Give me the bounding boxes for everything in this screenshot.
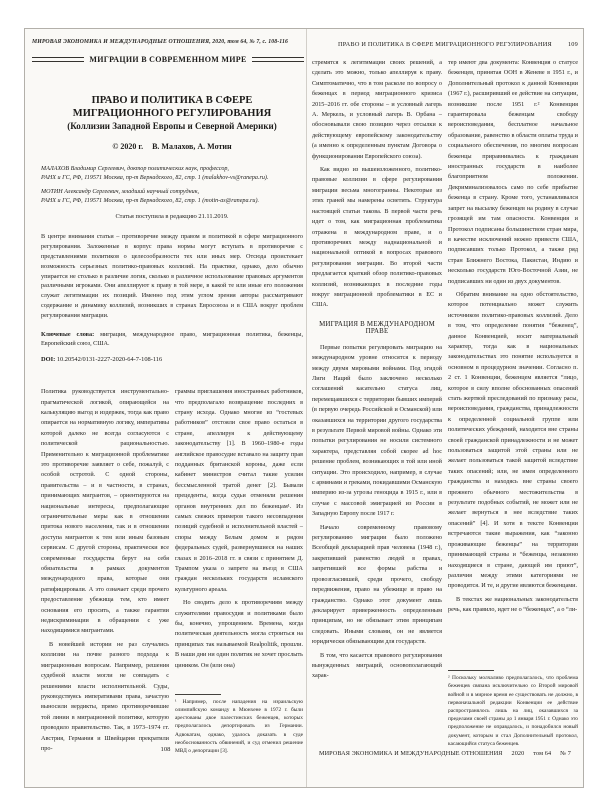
- running-head-row: ПРАВО И ПОЛИТИКА В СФЕРЕ МИГРАЦИОННОГО Р…: [312, 41, 578, 48]
- received-date: Статья поступила в редакцию 21.11.2019.: [41, 213, 303, 220]
- article-title-line1: ПРАВО И ПОЛИТИКА В СФЕРЕ: [41, 94, 303, 107]
- keywords-label: Ключевые слова:: [41, 331, 94, 338]
- section-banner-label: МИГРАЦИИ В СОВРЕМЕННОМ МИРЕ: [89, 55, 246, 64]
- section-heading: МИГРАЦИЯ В МЕЖДУНАРОДНОМ ПРАВЕ: [312, 321, 442, 335]
- affiliation-line: РАНХ и ГС, РФ, 119571 Москва, пр-т Верна…: [41, 174, 303, 183]
- affiliation-line: МАЛАХОВ Владимир Сергеевич, доктор полит…: [41, 165, 303, 174]
- paragraph: В том, что касается правового регулирова…: [312, 651, 442, 682]
- doi-value: 10.20542/0131-2227-2020-64-7-108-116: [57, 356, 162, 363]
- article-title-line2: МИГРАЦИОННОГО РЕГУЛИРОВАНИЯ: [41, 107, 303, 120]
- paragraph: стремятся к легитимации своих решений, а…: [312, 58, 442, 162]
- left-column: стремятся к легитимации своих решений, а…: [312, 58, 442, 748]
- paragraph: Обратим внимание на одно обстоятельство,…: [448, 290, 578, 592]
- body-columns: Политика руководствуется инструментально…: [41, 387, 303, 755]
- paragraph: Как видно из вышеизложенного, политико-п…: [312, 165, 442, 311]
- footnote-2: ² Поскольку молчаливо предполагалось, чт…: [448, 674, 578, 748]
- paragraph: Политика руководствуется инструментально…: [41, 387, 169, 637]
- right-column: граммы приглашения иностранных работнико…: [175, 387, 303, 755]
- affiliation-malakhov: МАЛАХОВ Владимир Сергеевич, доктор полит…: [41, 165, 303, 182]
- paragraph: Но сводить дело к противоречиям между сл…: [175, 598, 303, 671]
- page-number-109: 109: [554, 41, 578, 48]
- right-column: тер имеют два документа: Конвенция о ста…: [448, 58, 578, 748]
- page-108: МИРОВАЯ ЭКОНОМИКА И МЕЖДУНАРОДНЫЕ ОТНОШЕ…: [25, 29, 306, 787]
- paragraph: граммы приглашения иностранных работнико…: [175, 387, 303, 595]
- paragraph: В текстах же национальных законодательст…: [448, 595, 578, 616]
- double-rule-right: [252, 57, 304, 62]
- journal-citation-header: МИРОВАЯ ЭКОНОМИКА И МЕЖДУНАРОДНЫЕ ОТНОШЕ…: [32, 39, 303, 45]
- paragraph: тер имеют два документа: Конвенция о ста…: [448, 58, 578, 287]
- affiliations: МАЛАХОВ Владимир Сергеевич, доктор полит…: [41, 165, 303, 205]
- body-columns: стремятся к легитимации своих решений, а…: [312, 58, 578, 748]
- copyright-year: © 2020 г.: [112, 142, 143, 151]
- footer-year: 2020: [512, 750, 525, 757]
- left-column: Политика руководствуется инструментально…: [41, 387, 169, 755]
- running-head: ПРАВО И ПОЛИТИКА В СФЕРЕ МИГРАЦИОННОГО Р…: [312, 41, 554, 48]
- footnote-block: ² Поскольку молчаливо предполагалось, чт…: [448, 666, 578, 748]
- doi: DOI: 10.20542/0131-2227-2020-64-7-108-11…: [41, 356, 303, 363]
- affiliation-motin: МОТИН Александр Сергеевич, младший научн…: [41, 188, 303, 205]
- paragraph: Первые попытки регулировать миграцию на …: [312, 343, 442, 520]
- keywords: Ключевые слова: миграция, международное …: [41, 330, 303, 349]
- byline: © 2020 г. В. Малахов, А. Мотин: [41, 142, 303, 151]
- paragraph: В новейшей истории не раз случались колл…: [41, 640, 169, 754]
- section-banner: МИГРАЦИИ В СОВРЕМЕННОМ МИРЕ: [32, 55, 304, 64]
- double-rule-left: [32, 57, 84, 62]
- page-number-108: 108: [25, 746, 306, 753]
- journal-footer: МИРОВАЯ ЭКОНОМИКА И МЕЖДУНАРОДНЫЕ ОТНОШЕ…: [312, 750, 578, 757]
- affiliation-line: РАНХ и ГС, РФ, 119571 Москва, пр-т Верна…: [41, 197, 303, 206]
- footer-journal-name: МИРОВАЯ ЭКОНОМИКА И МЕЖДУНАРОДНЫЕ ОТНОШЕ…: [319, 750, 503, 757]
- authors: В. Малахов, А. Мотин: [152, 142, 232, 151]
- article-subtitle: (Коллизии Западной Европы и Северной Аме…: [41, 120, 303, 132]
- footer-volume: том 64: [533, 750, 551, 757]
- footnote-rule: [175, 694, 221, 695]
- page-109: ПРАВО И ПОЛИТИКА В СФЕРЕ МИГРАЦИОННОГО Р…: [306, 29, 583, 787]
- paragraph: Начало современному правовому регулирова…: [312, 523, 442, 648]
- footer-issue: № 7: [560, 750, 571, 757]
- journal-spread: МИРОВАЯ ЭКОНОМИКА И МЕЖДУНАРОДНЫЕ ОТНОШЕ…: [24, 28, 584, 788]
- affiliation-line: МОТИН Александр Сергеевич, младший научн…: [41, 188, 303, 197]
- doi-label: DOI:: [41, 356, 55, 363]
- abstract: В центре внимания статьи – противоречие …: [41, 232, 303, 320]
- article-title: ПРАВО И ПОЛИТИКА В СФЕРЕ МИГРАЦИОННОГО Р…: [41, 94, 303, 132]
- footnote-rule: [448, 670, 494, 671]
